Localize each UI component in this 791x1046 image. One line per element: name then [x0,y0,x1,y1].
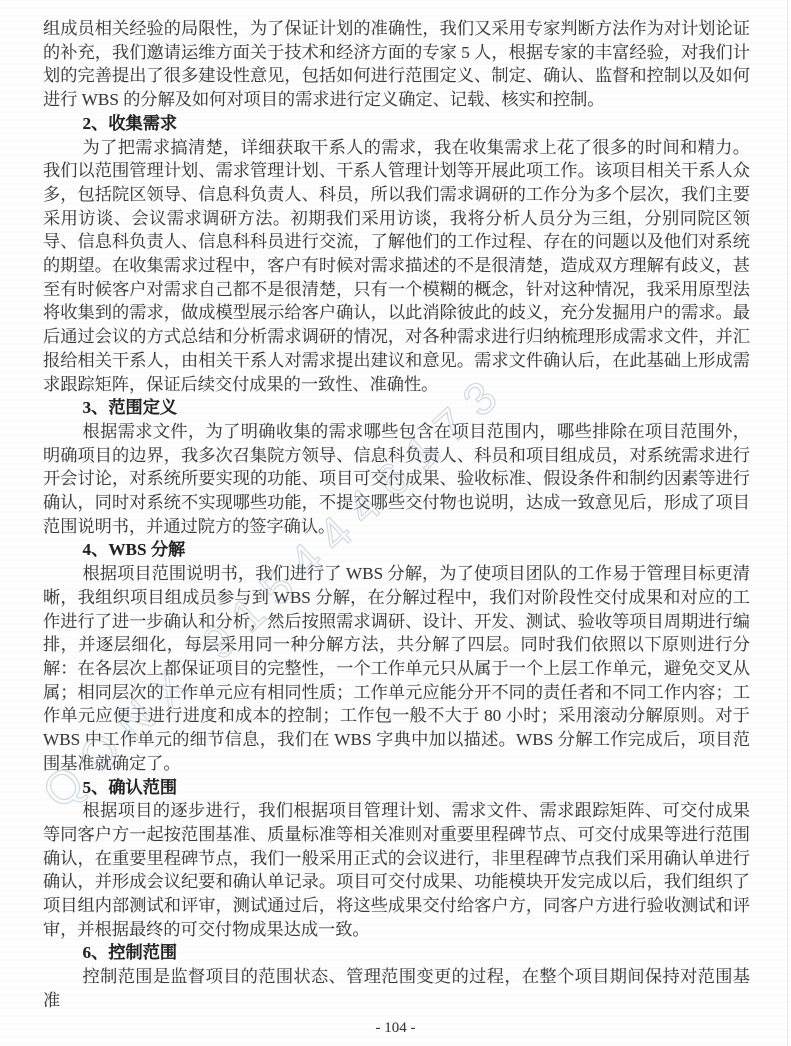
continuation-paragraph: 组成员相关经验的局限性，为了保证计划的准确性，我们又采用专家判断方法作为对计划论… [43,17,750,112]
section-control-scope: 6、控制范围 控制范围是监督项目的范围状态、管理范围变更的过程，在整个项目期间保… [43,941,750,1012]
section-heading: 5、确认范围 [43,776,750,800]
page-content: 组成员相关经验的局限性，为了保证计划的准确性，我们又采用专家判断方法作为对计划论… [43,17,750,1013]
section-body: 为了把需求搞清楚，详细获取干系人的需求，我在收集需求上花了很多的时间和精力。我们… [43,136,750,397]
section-heading: 3、范围定义 [43,396,750,420]
section-body: 根据项目范围说明书，我们进行了 WBS 分解，为了使项目团队的工作易于管理目标更… [43,562,750,775]
section-body: 根据需求文件，为了明确收集的需求哪些包含在项目范围内，哪些排除在项目范围外，明确… [43,420,750,539]
section-body: 控制范围是监督项目的范围状态、管理范围变更的过程，在整个项目期间保持对范围基准 [43,965,750,1012]
section-wbs-decomposition: 4、WBS 分解 根据项目范围说明书，我们进行了 WBS 分解，为了使项目团队的… [43,538,750,775]
section-validate-scope: 5、确认范围 根据项目的逐步进行，我们根据项目管理计划、需求文件、需求跟踪矩阵、… [43,776,750,942]
page-number: - 104 - [0,1020,791,1037]
section-heading: 6、控制范围 [43,941,750,965]
section-body: 根据项目的逐步进行，我们根据项目管理计划、需求文件、需求跟踪矩阵、可交付成果等同… [43,799,750,941]
document-page: QONX 9154446173 组成员相关经验的局限性，为了保证计划的准确性，我… [0,0,791,1046]
section-define-scope: 3、范围定义 根据需求文件，为了明确收集的需求哪些包含在项目范围内，哪些排除在项… [43,396,750,538]
section-heading: 4、WBS 分解 [43,538,750,562]
section-collect-requirements: 2、收集需求 为了把需求搞清楚，详细获取干系人的需求，我在收集需求上花了很多的时… [43,112,750,396]
section-heading: 2、收集需求 [43,112,750,136]
